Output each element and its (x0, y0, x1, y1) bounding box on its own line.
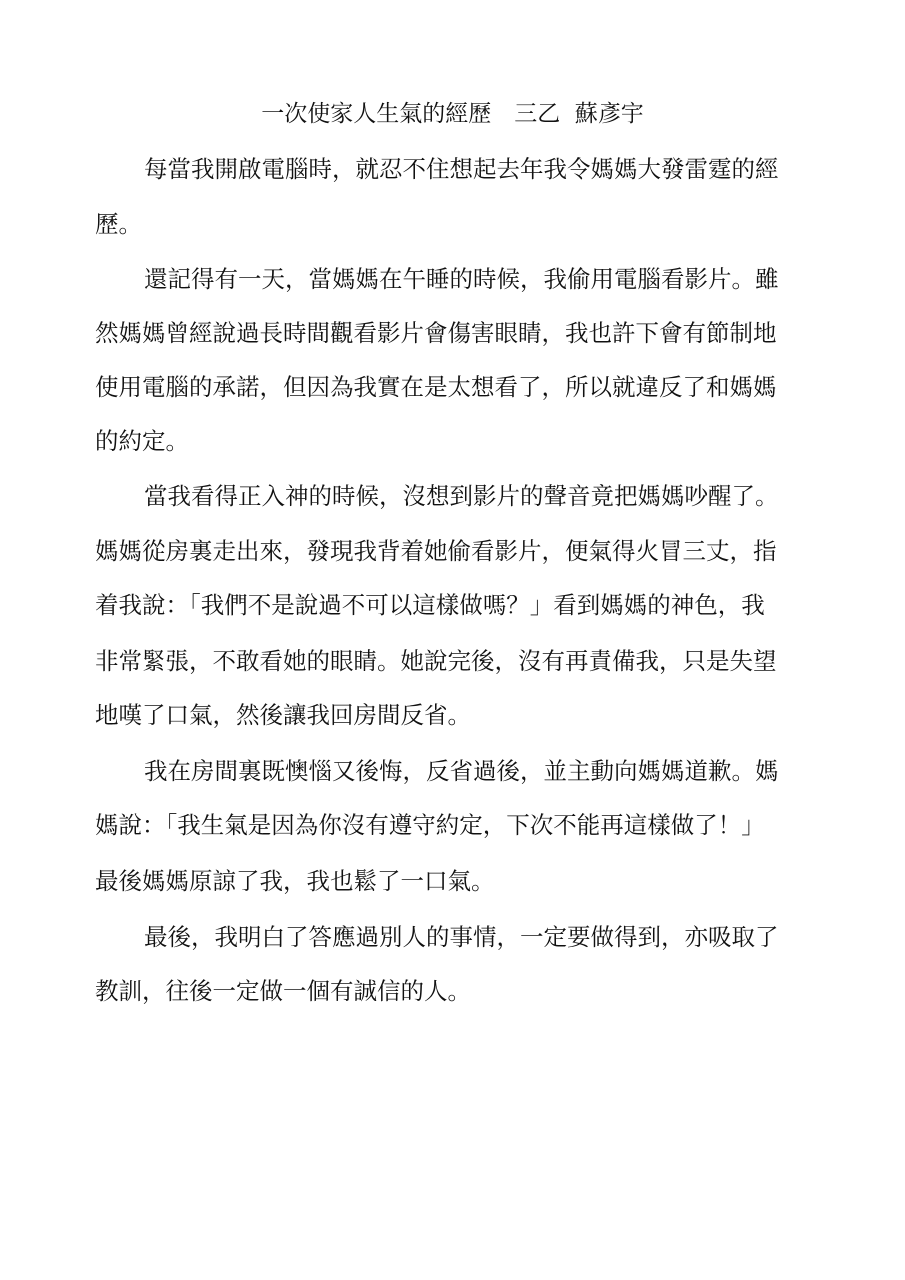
paragraph-5-line-2: 教訓，往後一定做一個有誠信的人。 (95, 976, 815, 1006)
paragraph-1-line-1: 每當我開啟電腦時，就忍不住想起去年我令媽媽大發雷霆的經 (144, 154, 864, 184)
paragraph-3-line-1: 當我看得正入神的時候，沒想到影片的聲音竟把媽媽吵醒了。 (144, 481, 864, 511)
paragraph-3-line-2: 媽媽從房裏走出來，發現我背着她偷看影片，便氣得火冒三丈，指 (95, 536, 815, 566)
paragraph-2-line-2: 然媽媽曾經說過長時間觀看影片會傷害眼睛，我也許下會有節制地 (95, 318, 815, 348)
essay-title: 一次使家人生氣的經歷 三乙 蘇彥宇 (0, 99, 905, 129)
paragraph-1-line-2: 歷。 (95, 209, 815, 239)
paragraph-3-line-4: 非常緊張，不敢看她的眼睛。她說完後，沒有再責備我，只是失望 (95, 646, 815, 676)
paragraph-3-line-3: 着我說：「我們不是說過不可以這樣做嗎？」看到媽媽的神色，我 (95, 590, 815, 620)
paragraph-2-line-1: 還記得有一天，當媽媽在午睡的時候，我偷用電腦看影片。雖 (144, 264, 864, 294)
document-page: 一次使家人生氣的經歷 三乙 蘇彥宇 每當我開啟電腦時，就忍不住想起去年我令媽媽大… (0, 0, 905, 1280)
paragraph-4-line-3: 最後媽媽原諒了我，我也鬆了一口氣。 (95, 866, 815, 896)
paragraph-4-line-2: 媽說：「我生氣是因為你沒有遵守約定，下次不能再這樣做了！」 (95, 810, 815, 840)
paragraph-2-line-3: 使用電腦的承諾，但因為我實在是太想看了，所以就違反了和媽媽 (95, 372, 815, 402)
paragraph-5-line-1: 最後，我明白了答應過別人的事情，一定要做得到，亦吸取了 (144, 922, 864, 952)
paragraph-2-line-4: 的約定。 (95, 426, 815, 456)
paragraph-4-line-1: 我在房間裏既懊惱又後悔，反省過後，並主動向媽媽道歉。媽 (144, 756, 864, 786)
paragraph-3-line-5: 地嘆了口氣，然後讓我回房間反省。 (95, 700, 815, 730)
